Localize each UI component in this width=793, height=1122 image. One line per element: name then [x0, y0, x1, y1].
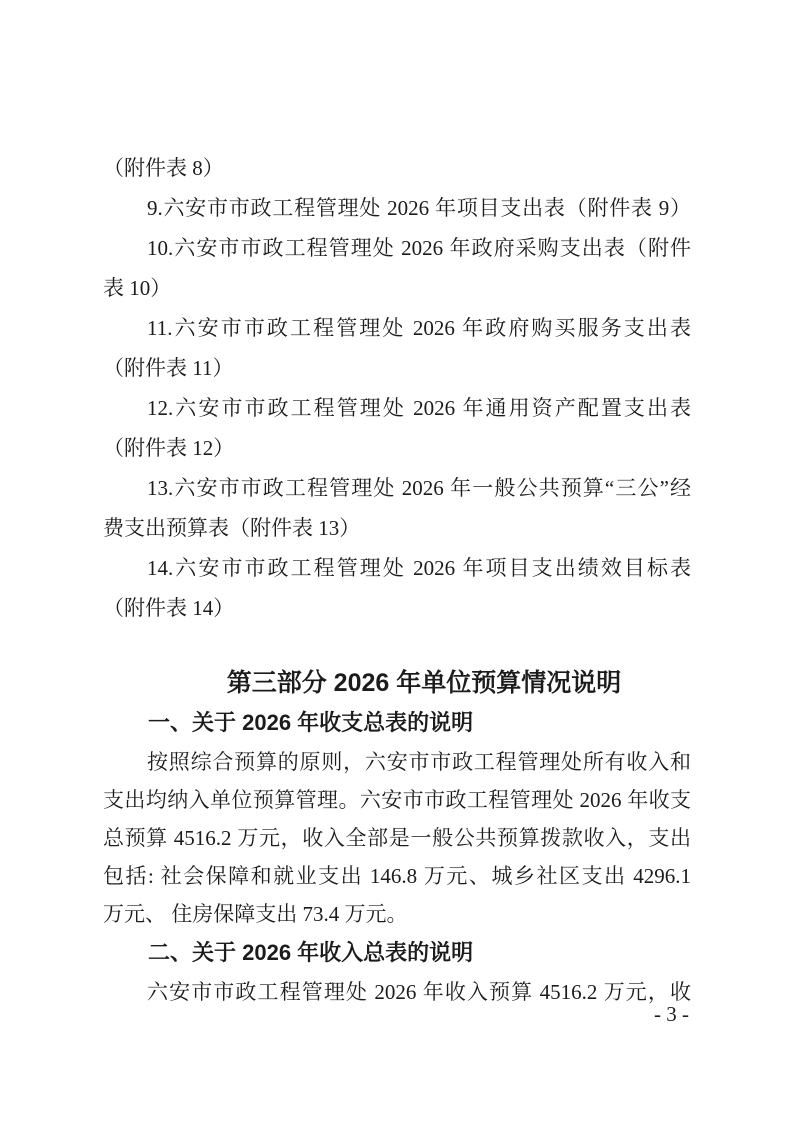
paragraph-line: 按照综合预算的原则，六安市市政工程管理处所有收入和: [103, 743, 691, 781]
paragraph-line: 万元、 住房保障支出 73.4 万元。: [103, 895, 691, 933]
page-number: - 3 -: [654, 1002, 689, 1026]
document-page: （附件表 8） 9.六安市市政工程管理处 2026 年项目支出表（附件表 9） …: [0, 0, 793, 1122]
paragraph-line: 六安市市政工程管理处 2026 年收入预算 4516.2 万元，收: [103, 973, 691, 1011]
paragraph-line: 支出均纳入单位预算管理。六安市市政工程管理处 2026 年收支: [103, 781, 691, 819]
attachment-list-line: 11.六安市市政工程管理处 2026 年政府购买服务支出表: [103, 308, 691, 348]
attachment-list-line: 14.六安市市政工程管理处 2026 年项目支出绩效目标表: [103, 548, 691, 588]
attachment-list-line: （附件表 14）: [103, 588, 691, 628]
part-three-heading: 第三部分 2026 年单位预算情况说明: [103, 663, 691, 703]
attachment-list-line: 9.六安市市政工程管理处 2026 年项目支出表（附件表 9）: [103, 188, 691, 228]
page-content: （附件表 8） 9.六安市市政工程管理处 2026 年项目支出表（附件表 9） …: [103, 148, 691, 1011]
attachment-list-line: 表 10）: [103, 268, 691, 308]
attachment-list-line: 10.六安市市政工程管理处 2026 年政府采购支出表（附件: [103, 228, 691, 268]
paragraph-line: 总预算 4516.2 万元，收入全部是一般公共预算拨款收入，支出: [103, 819, 691, 857]
attachment-list-line: 13.六安市市政工程管理处 2026 年一般公共预算“三公”经: [103, 468, 691, 508]
attachment-list-line: （附件表 8）: [103, 148, 691, 188]
attachment-list-line: 费支出预算表（附件表 13）: [103, 508, 691, 548]
paragraph-line: 包括: 社会保障和就业支出 146.8 万元、城乡社区支出 4296.1: [103, 857, 691, 895]
section-one-title: 一、关于 2026 年收支总表的说明: [103, 703, 691, 743]
attachment-list-line: 12.六安市市政工程管理处 2026 年通用资产配置支出表: [103, 388, 691, 428]
attachment-list-line: （附件表 12）: [103, 428, 691, 468]
section-two-title: 二、关于 2026 年收入总表的说明: [103, 933, 691, 973]
attachment-list-line: （附件表 11）: [103, 348, 691, 388]
